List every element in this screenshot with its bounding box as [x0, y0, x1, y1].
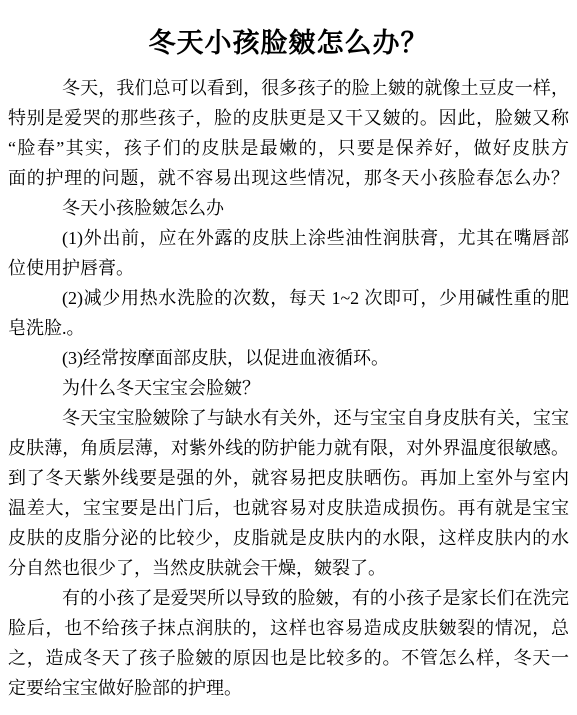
- text-line: 特别是爱哭的那些孩子，脸的皮肤更是又干又皴的。因此，脸皴又称: [8, 103, 569, 133]
- text-line: 温差大，宝宝要是出门后，也就容易对皮肤造成损伤。再有就是宝宝: [8, 493, 569, 523]
- text-line: 有的小孩了是爱哭所以导致的脸皴，有的小孩子是家长们在洗完: [8, 583, 569, 613]
- document-title: 冬天小孩脸皴怎么办？: [0, 27, 577, 59]
- text-line: 面的护理的问题，就不容易出现这些情况，那冬天小孩脸春怎么办？: [8, 163, 569, 193]
- text-line: 脸后，也不给孩子抹点润肤的，这样也容易造成皮肤皴裂的情况，总: [8, 613, 569, 643]
- text-line: (1)外出前，应在外露的皮肤上涂些油性润肤膏，尤其在嘴唇部: [8, 223, 569, 253]
- text-line: 皮肤的皮脂分泌的比较少，皮脂就是皮肤内的水限，这样皮肤内的水: [8, 523, 569, 553]
- text-line: 冬天，我们总可以看到，很多孩子的脸上皴的就像土豆皮一样，: [8, 73, 569, 103]
- document-body: 冬天，我们总可以看到，很多孩子的脸上皴的就像土豆皮一样，特别是爱哭的那些孩子，脸…: [0, 73, 577, 703]
- text-line: 位使用护唇膏。: [8, 253, 569, 283]
- text-line: (2)减少用热水洗脸的次数，每天 1~2 次即可，少用碱性重的肥: [8, 283, 569, 313]
- text-line: 皮肤薄，角质层薄，对紫外线的防护能力就有限，对外界温度很敏感。: [8, 433, 569, 463]
- text-line: 皂洗脸.。: [8, 313, 569, 343]
- text-line: 之，造成冬天了孩子脸皴的原因也是比较多的。不管怎么样，冬天一: [8, 643, 569, 673]
- text-line: 分自然也很少了，当然皮肤就会干燥，皴裂了。: [8, 553, 569, 583]
- text-line: (3)经常按摩面部皮肤，以促进血液循环。: [8, 343, 569, 373]
- document-page: 冬天小孩脸皴怎么办？ 冬天，我们总可以看到，很多孩子的脸上皴的就像土豆皮一样，特…: [0, 0, 577, 715]
- text-line: 冬天小孩脸皴怎么办: [8, 193, 569, 223]
- text-line: 为什么冬天宝宝会脸皴？: [8, 373, 569, 403]
- text-line: 冬天宝宝脸皴除了与缺水有关外，还与宝宝自身皮肤有关，宝宝: [8, 403, 569, 433]
- text-line: “脸春”其实，孩子们的皮肤是最嫩的，只要是保养好，做好皮肤方: [8, 133, 569, 163]
- text-line: 到了冬天紫外线要是强的外，就容易把皮肤晒伤。再加上室外与室内: [8, 463, 569, 493]
- text-line: 定要给宝宝做好脸部的护理。: [8, 673, 569, 703]
